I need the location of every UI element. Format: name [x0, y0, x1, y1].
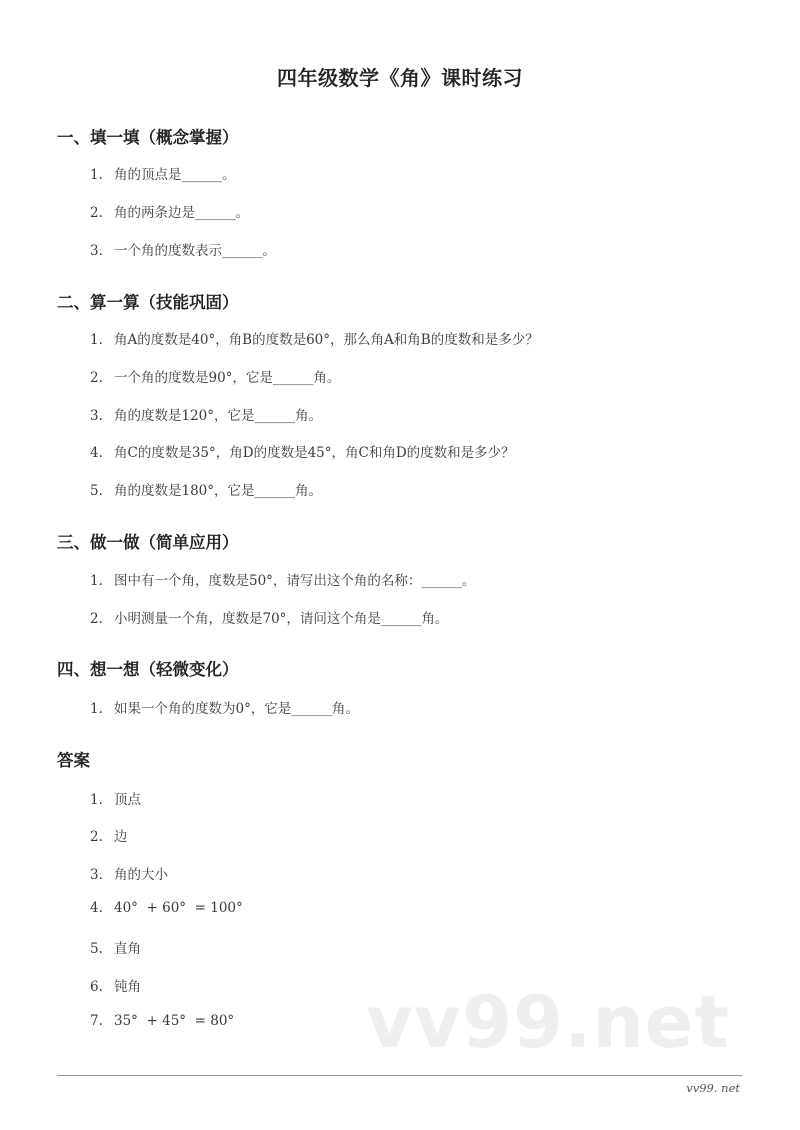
answer-number: 4. — [90, 900, 114, 916]
question-number: 1. — [90, 167, 114, 183]
question-text: 一个角的度数是90°，它是______角。 — [114, 370, 340, 386]
question-item: 5.角的度数是180°，它是______角。 — [90, 479, 322, 499]
section-heading-fill-in: 一、填一填（概念掌握） — [57, 124, 239, 148]
answer-item: 3.角的大小 — [90, 863, 168, 883]
question-number: 3. — [90, 408, 114, 424]
question-text: 如果一个角的度数为0°，它是______角。 — [114, 701, 359, 717]
question-number: 4. — [90, 445, 114, 461]
answer-number: 3. — [90, 867, 114, 883]
question-item: 1.角的顶点是______。 — [90, 163, 236, 183]
question-number: 3. — [90, 243, 114, 259]
question-number: 5. — [90, 483, 114, 499]
section-heading-think: 四、想一想（轻微变化） — [57, 656, 239, 680]
worksheet-page: 四年级数学《角》课时练习 一、填一填（概念掌握） 1.角的顶点是______。 … — [0, 0, 800, 1130]
answer-item: 1.顶点 — [90, 788, 141, 808]
question-item: 4.角C的度数是35°，角D的度数是45°，角C和角D的度数和是多少？ — [90, 441, 515, 461]
question-item: 2.一个角的度数是90°，它是______角。 — [90, 366, 340, 386]
question-number: 1. — [90, 701, 114, 717]
section-heading-calculate: 二、算一算（技能巩固） — [57, 289, 239, 313]
question-text: 小明测量一个角，度数是70°，请问这个角是______角。 — [114, 611, 448, 627]
footer-site-label: vv99. net — [686, 1081, 740, 1095]
question-text: 角的两条边是______。 — [114, 205, 249, 221]
question-item: 1.图中有一个角，度数是50°，请写出这个角的名称：______。 — [90, 569, 475, 589]
answer-item: 6.钝角 — [90, 975, 141, 995]
question-text: 角的度数是180°，它是______角。 — [114, 483, 322, 499]
answer-item: 4.40° + 60° = 100° — [90, 900, 243, 916]
footer-divider — [57, 1075, 742, 1076]
question-item: 3.一个角的度数表示______。 — [90, 239, 276, 259]
answer-number: 5. — [90, 941, 114, 957]
answer-item: 7.35° + 45° = 80° — [90, 1013, 234, 1029]
question-item: 2.小明测量一个角，度数是70°，请问这个角是______角。 — [90, 607, 448, 627]
answer-text: 边 — [114, 829, 128, 845]
question-number: 2. — [90, 370, 114, 386]
question-item: 2.角的两条边是______。 — [90, 201, 249, 221]
question-number: 2. — [90, 611, 114, 627]
question-number: 2. — [90, 205, 114, 221]
question-text: 图中有一个角，度数是50°，请写出这个角的名称：______。 — [114, 573, 475, 589]
answer-number: 7. — [90, 1013, 114, 1029]
answer-number: 6. — [90, 979, 114, 995]
question-text: 角的度数是120°，它是______角。 — [114, 408, 322, 424]
answer-item: 5.直角 — [90, 937, 141, 957]
question-number: 1. — [90, 573, 114, 589]
answer-text: 钝角 — [114, 979, 141, 995]
question-item: 3.角的度数是120°，它是______角。 — [90, 404, 322, 424]
answer-text: 顶点 — [114, 792, 141, 808]
answer-text: 角的大小 — [114, 867, 168, 883]
question-text: 一个角的度数表示______。 — [114, 243, 276, 259]
answer-number: 1. — [90, 792, 114, 808]
question-item: 1.如果一个角的度数为0°，它是______角。 — [90, 697, 359, 717]
answer-number: 2. — [90, 829, 114, 845]
answers-heading: 答案 — [57, 747, 90, 771]
question-text: 角的顶点是______。 — [114, 167, 236, 183]
question-text: 角A的度数是40°，角B的度数是60°，那么角A和角B的度数和是多少？ — [114, 332, 539, 348]
section-heading-apply: 三、做一做（简单应用） — [57, 529, 239, 553]
page-title: 四年级数学《角》课时练习 — [0, 62, 800, 91]
answer-text: 35° + 45° = 80° — [114, 1013, 234, 1029]
question-item: 1.角A的度数是40°，角B的度数是60°，那么角A和角B的度数和是多少？ — [90, 328, 539, 348]
question-number: 1. — [90, 332, 114, 348]
answer-item: 2.边 — [90, 825, 128, 845]
answer-text: 40° + 60° = 100° — [114, 900, 243, 916]
answer-text: 直角 — [114, 941, 141, 957]
watermark: vv99.net — [366, 986, 730, 1058]
question-text: 角C的度数是35°，角D的度数是45°，角C和角D的度数和是多少？ — [114, 445, 515, 461]
